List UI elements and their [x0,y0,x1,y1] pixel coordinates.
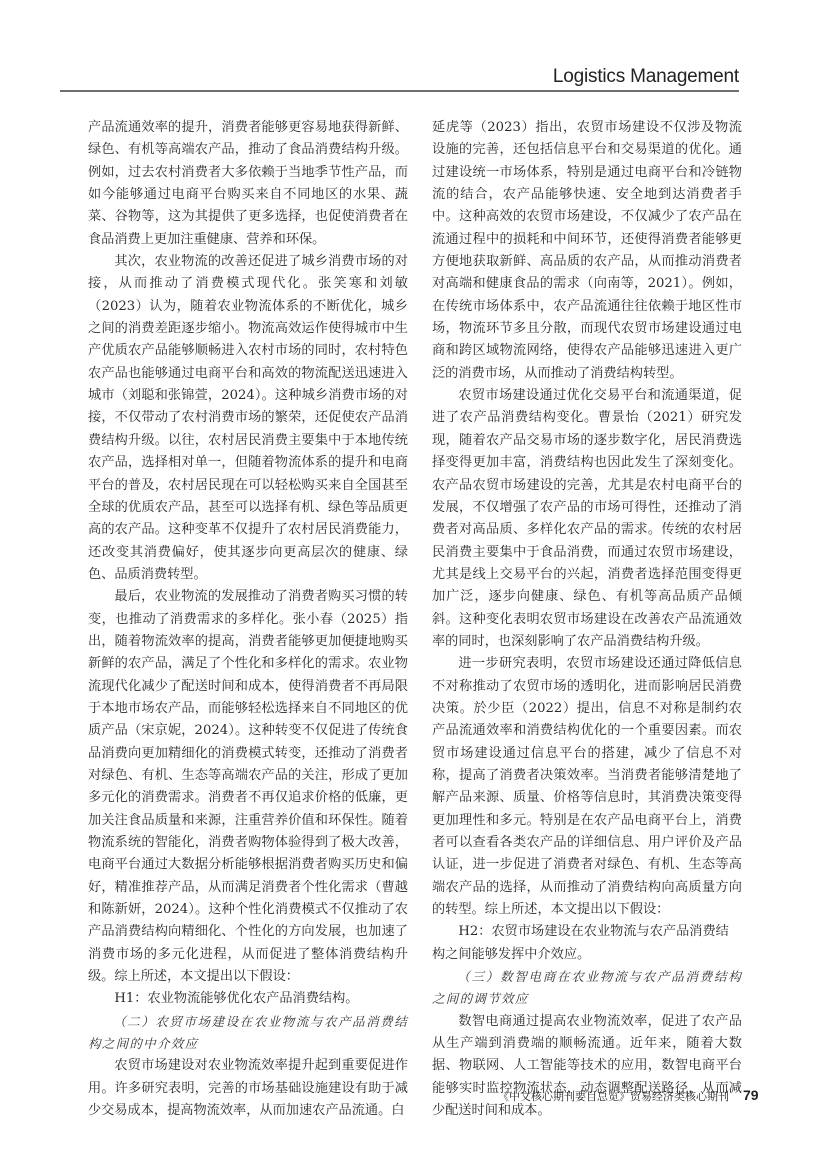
paragraph: 延虎等（2023）指出，农贸市场建设不仅涉及物流设施的完善，还包括信息平台和交易… [432,117,742,385]
paragraph: 其次，农业物流的改善还促进了城乡消费市场的对接，从而推动了消费模式现代化。张笑寒… [88,251,408,586]
header-rule [60,90,739,92]
page-footer: 《中文核心期刊要目总览》贸易经济类核心期刊79 [498,1087,759,1104]
left-column: 产品流通效率的提升，消费者能够更容易地获得新鲜、绿色、有机等高端农产品，推动了食… [88,117,408,1122]
section-heading: （二）农贸市场建设在农业物流与农产品消费结构之间的中介效应 [88,1011,408,1056]
paragraph: 最后，农业物流的发展推动了消费者购买习惯的转变，也推动了消费需求的多样化。张小春… [88,586,408,988]
paragraph: 产品流通效率的提升，消费者能够更容易地获得新鲜、绿色、有机等高端农产品，推动了食… [88,117,408,251]
page-number: 79 [743,1087,759,1103]
paragraph: 数智电商通过提高农业物流效率，促进了农产品从生产端到消费端的顺畅流通。近年来，随… [432,1011,742,1123]
hypothesis-h1: H1：农业物流能够优化农产品消费结构。 [88,988,408,1010]
journal-label: 《中文核心期刊要目总览》贸易经济类核心期刊 [498,1090,729,1103]
hypothesis-h2: H2：农贸市场建设在农业物流与农产品消费结构之间能够发挥中介效应。 [432,921,742,966]
paragraph: 农贸市场建设通过优化交易平台和流通渠道，促进了农产品消费结构变化。曹景怡（202… [432,385,742,653]
section-heading: （三）数智电商在农业物流与农产品消费结构之间的调节效应 [432,966,742,1011]
running-header-title: Logistics Management [553,66,739,88]
right-column: 延虎等（2023）指出，农贸市场建设不仅涉及物流设施的完善，还包括信息平台和交易… [432,117,742,1122]
paragraph: 进一步研究表明，农贸市场建设还通过降低信息不对称推动了农贸市场的透明化，进而影响… [432,653,742,921]
paragraph: 农贸市场建设对农业物流效率提升起到重要促进作用。许多研究表明，完善的市场基础设施… [88,1055,408,1122]
